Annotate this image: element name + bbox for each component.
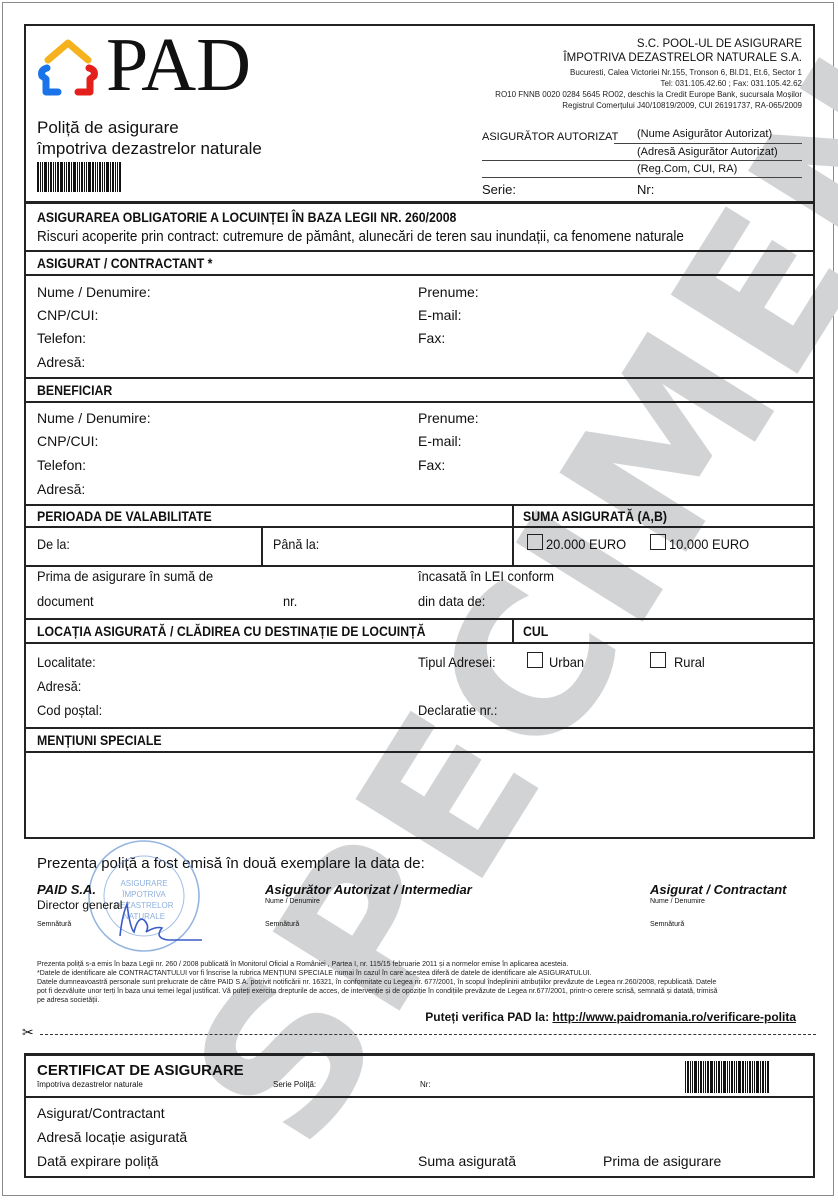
paid-company-label: PAID S.A.: [37, 882, 96, 897]
sum-insured-title: SUMA ASIGURATĂ (A,B): [523, 508, 667, 524]
insurer-reg: (Reg.Com, CUI, RA): [637, 163, 737, 175]
certificate-sum-field[interactable]: Suma asigurată: [418, 1153, 516, 1169]
divider: [24, 565, 815, 567]
sum-20000-label: 20.000 EURO: [546, 536, 626, 552]
covered-risks: Riscuri acoperite prin contract: cutremu…: [37, 229, 684, 245]
cul-label: CUL: [523, 623, 548, 639]
insured-cnp-field[interactable]: CNP/CUI:: [37, 307, 98, 323]
valid-from-field[interactable]: De la:: [37, 536, 70, 552]
sum-10000-checkbox[interactable]: [650, 534, 666, 550]
scissors-icon: ✂: [22, 1024, 34, 1041]
insured-section-title: ASIGURAT / CONTRACTANT *: [37, 255, 212, 271]
certificate-expiry-field[interactable]: Dată expirare poliță: [37, 1153, 158, 1169]
house-icon: [36, 38, 104, 98]
insured-fax-field[interactable]: Fax:: [418, 330, 445, 346]
serie-label: Serie:: [482, 182, 516, 197]
policy-title-line2: împotriva dezastrelor naturale: [37, 138, 262, 159]
sum-10000-label: 10.000 EURO: [669, 536, 749, 552]
divider: [24, 504, 815, 506]
broker-name-label: Nume / Denumire: [265, 898, 320, 905]
document-date-field[interactable]: din data de:: [418, 593, 485, 609]
beneficiary-email-field[interactable]: E-mail:: [418, 433, 462, 449]
divider: [24, 201, 815, 204]
beneficiary-cnp-field[interactable]: CNP/CUI:: [37, 433, 98, 449]
insured-address-field[interactable]: Adresă:: [37, 354, 85, 370]
insured-name-field[interactable]: Nume / Denumire:: [37, 284, 151, 300]
director-label: Director general: [37, 898, 122, 912]
verify-policy: Puteți verifica PAD la: http://www.paidr…: [425, 1010, 796, 1024]
location-section-title: LOCAȚIA ASIGURATĂ / CLĂDIREA CU DESTINAȚ…: [37, 623, 426, 639]
divider: [512, 504, 514, 566]
special-mentions-title: MENȚIUNI SPECIALE: [37, 732, 162, 748]
divider: [24, 642, 815, 644]
beneficiary-name-field[interactable]: Nume / Denumire:: [37, 410, 151, 426]
company-name-line2: ÎMPOTRIVA DEZASTRELOR NATURALE S.A.: [563, 52, 802, 64]
verify-link[interactable]: http://www.paidromania.ro/verificare-pol…: [552, 1010, 796, 1024]
document-field[interactable]: document: [37, 593, 94, 609]
insurer-reg-line: [482, 177, 802, 178]
divider: [24, 727, 815, 729]
insurer-name-line: [614, 143, 802, 144]
barcode-certificate: [685, 1061, 770, 1093]
svg-text:ÎMPOTRIVA: ÎMPOTRIVA: [121, 890, 166, 899]
logo-text: PAD: [106, 20, 251, 110]
premium-collected-label: încasată în LEI conform: [418, 568, 554, 584]
company-bank: RO10 FNNB 0020 0284 5645 RO02, deschis l…: [495, 90, 802, 99]
verify-label: Puteți verifica PAD la:: [425, 1010, 552, 1024]
divider: [24, 401, 815, 403]
certificate-address-field[interactable]: Adresă locație asigurată: [37, 1129, 187, 1145]
broker-label: Asigurător Autorizat / Intermediar: [265, 882, 472, 897]
law-title: ASIGURAREA OBLIGATORIE A LOCUINȚEI ÎN BA…: [37, 209, 456, 225]
insured-firstname-field[interactable]: Prenume:: [418, 284, 479, 300]
legal-text-line4: pot fi dezvăluite unor terți în baza unu…: [37, 987, 718, 997]
insured-name-label: Nume / Denumire: [650, 898, 705, 905]
insured-signature-title: Asigurat / Contractant: [650, 882, 787, 897]
rural-label: Rural: [674, 654, 705, 670]
divider: [24, 751, 815, 753]
declaration-nr-field[interactable]: Declaratie nr.:: [418, 702, 497, 718]
director-signature-label: Semnătură: [37, 921, 71, 928]
urban-label: Urban: [549, 654, 584, 670]
address-type-label: Tipul Adresei:: [418, 654, 496, 670]
certificate-nr-field[interactable]: Nr:: [420, 1080, 431, 1089]
svg-text:ASIGURARE: ASIGURARE: [120, 879, 167, 888]
divider: [24, 1096, 815, 1098]
policy-title-line1: Poliță de asigurare: [37, 117, 179, 138]
svg-text:DEZASTRELOR: DEZASTRELOR: [114, 901, 173, 910]
cut-line: [40, 1034, 816, 1035]
company-stamp-icon: ASIGURARE ÎMPOTRIVA DEZASTRELOR NATURALE: [82, 836, 212, 956]
beneficiary-phone-field[interactable]: Telefon:: [37, 457, 86, 473]
divider: [24, 274, 815, 276]
beneficiary-section-title: BENEFICIAR: [37, 382, 112, 398]
beneficiary-firstname-field[interactable]: Prenume:: [418, 410, 479, 426]
certificate-premium-field[interactable]: Prima de asigurare: [603, 1153, 721, 1169]
validity-section-title: PERIOADA DE VALABILITATE: [37, 508, 212, 524]
company-name-line1: S.C. POOL-UL DE ASIGURARE: [637, 38, 802, 50]
valid-to-field[interactable]: Până la:: [273, 536, 319, 552]
insurer-name: (Nume Asigurător Autorizat): [637, 128, 772, 140]
beneficiary-fax-field[interactable]: Fax:: [418, 457, 445, 473]
document-nr-field[interactable]: nr.: [283, 593, 297, 609]
nr-label: Nr:: [637, 182, 654, 197]
certificate-insured-field[interactable]: Asigurat/Contractant: [37, 1105, 165, 1121]
company-phone: Tel: 031.105.42.60 ; Fax: 031.105.42.62: [661, 79, 802, 88]
locality-field[interactable]: Localitate:: [37, 654, 96, 670]
insured-phone-field[interactable]: Telefon:: [37, 330, 86, 346]
barcode-top: [37, 162, 122, 192]
broker-signature-label: Semnătură: [265, 921, 299, 928]
divider: [24, 250, 815, 252]
divider: [261, 526, 263, 566]
company-registry: Registrul Comerțului J40/10819/2009, CUI…: [562, 101, 802, 110]
rural-checkbox[interactable]: [650, 652, 666, 668]
postal-code-field[interactable]: Cod poștal:: [37, 702, 102, 718]
certificate-serie-field[interactable]: Serie Poliță:: [273, 1080, 316, 1089]
beneficiary-address-field[interactable]: Adresă:: [37, 481, 85, 497]
divider: [24, 377, 815, 379]
special-mentions-area[interactable]: [30, 756, 808, 834]
divider: [24, 618, 815, 620]
insurance-policy-form: PAD Poliță de asigurare împotriva dezast…: [0, 0, 838, 1200]
legal-text-line5: pe adresa societății.: [37, 996, 99, 1006]
certificate-title: CERTIFICAT DE ASIGURARE: [37, 1062, 244, 1079]
insured-signature-label: Semnătură: [650, 921, 684, 928]
company-address: Bucuresti, Calea Victoriei Nr.155, Trons…: [570, 68, 802, 77]
insurer-label: ASIGURĂTOR AUTORIZAT: [482, 131, 618, 143]
insurer-address-line: [482, 160, 802, 161]
sum-20000-checkbox[interactable]: [527, 534, 543, 550]
insurer-address: (Adresă Asigurător Autorizat): [637, 146, 778, 158]
certificate-subtitle: împotriva dezastrelor naturale: [37, 1080, 143, 1089]
premium-amount-field[interactable]: Prima de asigurare în sumă de: [37, 568, 213, 584]
divider: [512, 618, 514, 642]
urban-checkbox[interactable]: [527, 652, 543, 668]
divider: [24, 526, 815, 528]
insured-email-field[interactable]: E-mail:: [418, 307, 462, 323]
location-address-field[interactable]: Adresă:: [37, 678, 81, 694]
